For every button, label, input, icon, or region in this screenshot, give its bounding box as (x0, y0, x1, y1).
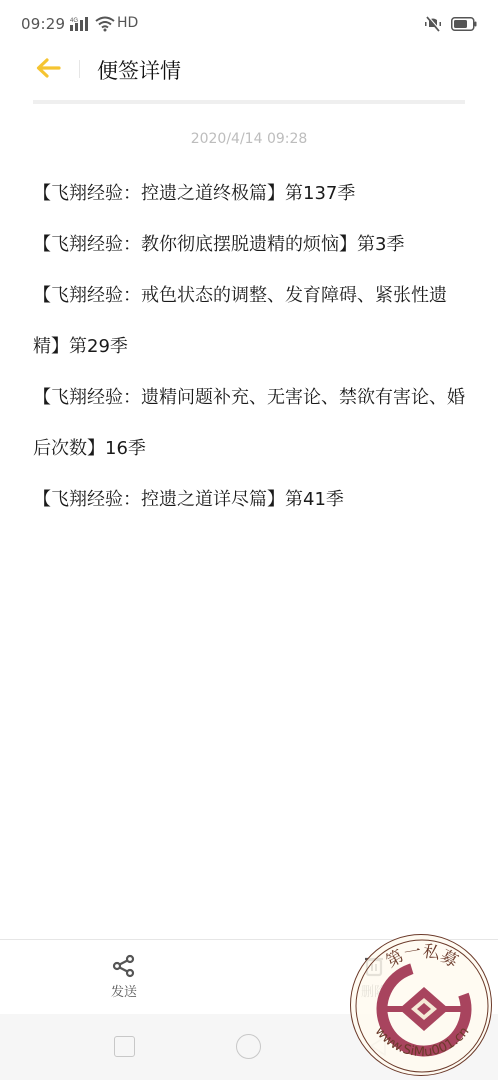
note-paragraph: 【飞翔经验：控遗之道终极篇】第137季 (33, 168, 465, 219)
note-paragraph: 【飞翔经验：遗精问题补充、无害论、禁欲有害论、婚后次数】16季 (33, 372, 465, 474)
battery-icon (451, 17, 477, 31)
status-time: 09:29 (21, 15, 65, 33)
send-button[interactable]: 发送 (94, 954, 154, 1000)
header-separator (33, 100, 465, 104)
recent-apps-button[interactable] (114, 1036, 135, 1057)
mute-icon (424, 15, 442, 33)
note-paragraph: 【飞翔经验：教你彻底摆脱遗精的烦恼】第3季 (33, 219, 465, 270)
page-title: 便签详情 (97, 55, 181, 85)
watermark-seal: 第一私募 www.SiMu001.cn (350, 934, 492, 1076)
share-icon (112, 954, 136, 978)
arrow-left-icon[interactable] (34, 56, 62, 80)
send-label: 发送 (94, 981, 154, 1000)
app-header: 便签详情 (0, 48, 498, 92)
home-button[interactable] (236, 1034, 261, 1059)
note-paragraph: 【飞翔经验：控遗之道详尽篇】第41季 (33, 474, 465, 525)
note-paragraph: 【飞翔经验：戒色状态的调整、发育障碍、紧张性遗精】第29季 (33, 270, 465, 372)
svg-text:www.SiMu001.cn: www.SiMu001.cn (372, 1024, 473, 1060)
signal-icon: 4G (70, 16, 90, 32)
seal-logo-icon: 第一私募 www.SiMu001.cn (351, 935, 493, 1077)
hd-indicator: HD (117, 15, 138, 31)
note-content[interactable]: 【飞翔经验：控遗之道终极篇】第137季 【飞翔经验：教你彻底摆脱遗精的烦恼】第3… (33, 168, 465, 525)
wifi-icon (95, 16, 115, 32)
header-divider (79, 60, 80, 78)
note-timestamp: 2020/4/14 09:28 (0, 131, 498, 147)
status-bar: 09:29 4G HD (0, 0, 498, 48)
